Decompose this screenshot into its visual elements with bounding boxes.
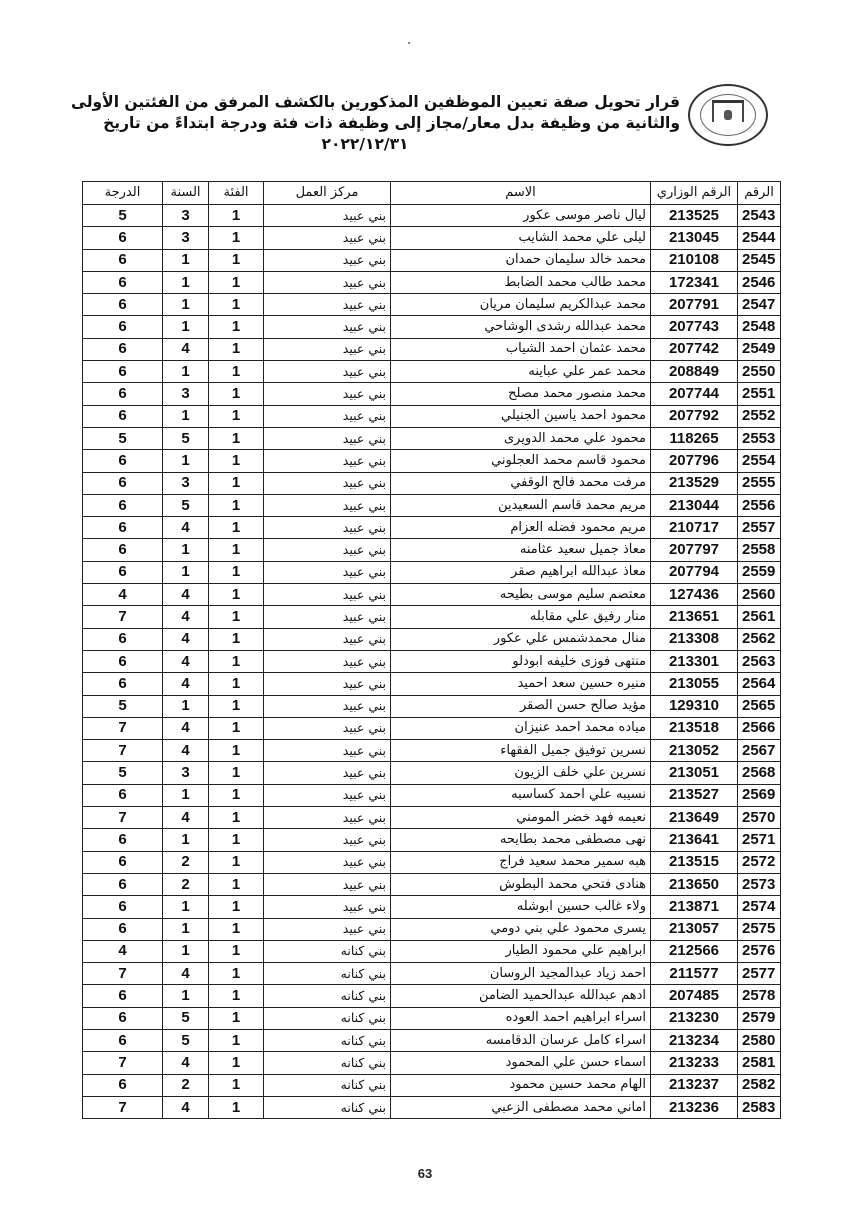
cell-seq: 2572 <box>738 851 781 873</box>
cell-year: 1 <box>163 539 209 561</box>
cell-grade: 5 <box>83 205 163 227</box>
table-row: 741بني عبيدمياده محمد احمد عنيزان2135182… <box>83 717 781 739</box>
cell-name: منتهى فوزى خليفه ابودلو <box>391 650 651 672</box>
cell-seq: 2570 <box>738 807 781 829</box>
cell-category: 1 <box>209 450 264 472</box>
cell-seq: 2564 <box>738 673 781 695</box>
seal-emblem-icon <box>724 110 732 120</box>
cell-category: 1 <box>209 517 264 539</box>
table-row: 511بني عبيدمؤيد صالح حسن الصقر1293102565 <box>83 695 781 717</box>
cell-ministry-id: 213057 <box>651 918 738 940</box>
table-row: 551بني عبيدمحمود علي محمد الدويرى1182652… <box>83 427 781 449</box>
table-row: 611بني عبيدمحمود احمد ياسين الجنيلي20779… <box>83 405 781 427</box>
cell-name: ادهم عبدالله عبدالحميد الضامن <box>391 985 651 1007</box>
table-row: 411بني كنانهابراهيم علي محمود الطيار2125… <box>83 940 781 962</box>
cell-year: 4 <box>163 517 209 539</box>
cell-work-center: بني كنانه <box>264 1052 391 1074</box>
cell-seq: 2571 <box>738 829 781 851</box>
cell-grade: 7 <box>83 963 163 985</box>
table-row: 641بني عبيدمنتهى فوزى خليفه ابودلو213301… <box>83 650 781 672</box>
cell-grade: 6 <box>83 561 163 583</box>
cell-ministry-id: 118265 <box>651 427 738 449</box>
cell-name: محمد عبدالله رشدى الوشاحي <box>391 316 651 338</box>
cell-work-center: بني عبيد <box>264 873 391 895</box>
cell-name: مياده محمد احمد عنيزان <box>391 717 651 739</box>
cell-category: 1 <box>209 940 264 962</box>
cell-year: 1 <box>163 896 209 918</box>
title-line-2: والثانية من وظيفة بدل معار/مجاز إلى وظيف… <box>90 113 680 134</box>
cell-category: 1 <box>209 472 264 494</box>
ministry-seal-icon <box>688 84 768 146</box>
cell-name: هنادى فتحي محمد البطوش <box>391 873 651 895</box>
cell-category: 1 <box>209 784 264 806</box>
cell-grade: 4 <box>83 940 163 962</box>
cell-seq: 2578 <box>738 985 781 1007</box>
cell-seq: 2543 <box>738 205 781 227</box>
cell-ministry-id: 213651 <box>651 606 738 628</box>
table-row: 611بني عبيدمحمد عمر علي عباينه2088492550 <box>83 361 781 383</box>
cell-category: 1 <box>209 271 264 293</box>
cell-category: 1 <box>209 249 264 271</box>
cell-ministry-id: 213301 <box>651 650 738 672</box>
cell-year: 3 <box>163 383 209 405</box>
cell-year: 1 <box>163 918 209 940</box>
table-row: 631بني عبيدمرفت محمد فالح الوقفي21352925… <box>83 472 781 494</box>
table-row: 611بني عبيدمعاذ عبدالله ابراهيم صقر20779… <box>83 561 781 583</box>
cell-name: ابراهيم علي محمود الطيار <box>391 940 651 962</box>
table-row: 611بني كنانهادهم عبدالله عبدالحميد الضام… <box>83 985 781 1007</box>
cell-year: 4 <box>163 584 209 606</box>
cell-category: 1 <box>209 873 264 895</box>
cell-work-center: بني عبيد <box>264 762 391 784</box>
cell-ministry-id: 213233 <box>651 1052 738 1074</box>
cell-seq: 2567 <box>738 740 781 762</box>
cell-work-center: بني كنانه <box>264 1007 391 1029</box>
cell-seq: 2562 <box>738 628 781 650</box>
cell-category: 1 <box>209 695 264 717</box>
cell-seq: 2553 <box>738 427 781 449</box>
cell-work-center: بني عبيد <box>264 205 391 227</box>
cell-seq: 2560 <box>738 584 781 606</box>
cell-name: محمود قاسم محمد العجلوني <box>391 450 651 472</box>
header-seq: الرقم <box>738 182 781 205</box>
cell-ministry-id: 211577 <box>651 963 738 985</box>
cell-name: نسيبه علي احمد كساسبه <box>391 784 651 806</box>
title-date: ٢٠٢٢/١٢/٣١ <box>90 134 680 155</box>
cell-seq: 2550 <box>738 361 781 383</box>
cell-name: ليال ناصر موسى عكور <box>391 205 651 227</box>
cell-grade: 6 <box>83 249 163 271</box>
cell-name: معاذ جميل سعيد عثامنه <box>391 539 651 561</box>
title-line-1: قرار تحويل صفة تعيين الموظفين المذكورين … <box>90 92 680 113</box>
table-row: 611بني عبيدمحمد خالد سليمان حمدان2101082… <box>83 249 781 271</box>
cell-name: محمود علي محمد الدويرى <box>391 427 651 449</box>
cell-work-center: بني عبيد <box>264 494 391 516</box>
table-row: 631بني عبيدمحمد منصور محمد مصلح207744255… <box>83 383 781 405</box>
cell-grade: 4 <box>83 584 163 606</box>
cell-work-center: بني عبيد <box>264 740 391 762</box>
cell-work-center: بني عبيد <box>264 472 391 494</box>
cell-ministry-id: 213308 <box>651 628 738 650</box>
table-row: 611بني عبيدنهى مصطفى محمد بطايحه21364125… <box>83 829 781 851</box>
cell-seq: 2549 <box>738 338 781 360</box>
cell-ministry-id: 213518 <box>651 717 738 739</box>
cell-work-center: بني كنانه <box>264 940 391 962</box>
cell-grade: 7 <box>83 740 163 762</box>
cell-year: 2 <box>163 851 209 873</box>
document-title: قرار تحويل صفة تعيين الموظفين المذكورين … <box>90 92 680 172</box>
cell-name: محمد عبدالكريم سليمان مريان <box>391 294 651 316</box>
cell-grade: 6 <box>83 539 163 561</box>
cell-grade: 7 <box>83 1096 163 1118</box>
table-row: 641بني عبيدمنال محمدشمس علي عكور21330825… <box>83 628 781 650</box>
cell-grade: 6 <box>83 673 163 695</box>
cell-work-center: بني عبيد <box>264 249 391 271</box>
cell-seq: 2554 <box>738 450 781 472</box>
cell-name: نسرين علي خلف الزيون <box>391 762 651 784</box>
cell-name: مريم محمد قاسم السعيدين <box>391 494 651 516</box>
cell-category: 1 <box>209 494 264 516</box>
cell-year: 4 <box>163 717 209 739</box>
cell-work-center: بني عبيد <box>264 851 391 873</box>
cell-work-center: بني كنانه <box>264 1096 391 1118</box>
cell-category: 1 <box>209 673 264 695</box>
cell-name: محمد طالب محمد الضابط <box>391 271 651 293</box>
cell-category: 1 <box>209 829 264 851</box>
cell-category: 1 <box>209 963 264 985</box>
cell-year: 1 <box>163 561 209 583</box>
cell-seq: 2581 <box>738 1052 781 1074</box>
cell-category: 1 <box>209 316 264 338</box>
table-row: 531بني عبيدليال ناصر موسى عكور2135252543 <box>83 205 781 227</box>
table-row: 741بني عبيدمنار رفيق علي مقابله213651256… <box>83 606 781 628</box>
cell-work-center: بني عبيد <box>264 896 391 918</box>
cell-name: مريم محمود فضله العزام <box>391 517 651 539</box>
cell-grade: 6 <box>83 405 163 427</box>
cell-year: 3 <box>163 227 209 249</box>
cell-seq: 2557 <box>738 517 781 539</box>
cell-work-center: بني عبيد <box>264 427 391 449</box>
cell-year: 3 <box>163 762 209 784</box>
cell-work-center: بني عبيد <box>264 517 391 539</box>
cell-name: يسرى محمود علي بني دومي <box>391 918 651 940</box>
cell-seq: 2577 <box>738 963 781 985</box>
cell-name: مرفت محمد فالح الوقفي <box>391 472 651 494</box>
table-row: 641بني عبيدمريم محمود فضله العزام2107172… <box>83 517 781 539</box>
cell-work-center: بني عبيد <box>264 294 391 316</box>
cell-ministry-id: 212566 <box>651 940 738 962</box>
cell-grade: 6 <box>83 918 163 940</box>
cell-name: ولاء غالب حسين ابوشله <box>391 896 651 918</box>
cell-name: محمود احمد ياسين الجنيلي <box>391 405 651 427</box>
cell-seq: 2552 <box>738 405 781 427</box>
cell-grade: 6 <box>83 271 163 293</box>
cell-name: محمد منصور محمد مصلح <box>391 383 651 405</box>
cell-seq: 2559 <box>738 561 781 583</box>
page-number: 63 <box>0 1166 850 1181</box>
cell-grade: 6 <box>83 1007 163 1029</box>
table-body: 531بني عبيدليال ناصر موسى عكور2135252543… <box>83 205 781 1119</box>
cell-grade: 6 <box>83 517 163 539</box>
cell-year: 3 <box>163 472 209 494</box>
cell-grade: 6 <box>83 338 163 360</box>
cell-seq: 2579 <box>738 1007 781 1029</box>
cell-seq: 2563 <box>738 650 781 672</box>
cell-grade: 6 <box>83 1074 163 1096</box>
cell-work-center: بني عبيد <box>264 405 391 427</box>
cell-name: مؤيد صالح حسن الصقر <box>391 695 651 717</box>
cell-grade: 7 <box>83 717 163 739</box>
cell-grade: 6 <box>83 450 163 472</box>
cell-grade: 5 <box>83 695 163 717</box>
cell-grade: 6 <box>83 316 163 338</box>
cell-ministry-id: 213871 <box>651 896 738 918</box>
cell-year: 4 <box>163 740 209 762</box>
cell-category: 1 <box>209 1029 264 1051</box>
cell-seq: 2548 <box>738 316 781 338</box>
cell-ministry-id: 207742 <box>651 338 738 360</box>
cell-grade: 6 <box>83 294 163 316</box>
cell-year: 5 <box>163 427 209 449</box>
cell-ministry-id: 213237 <box>651 1074 738 1096</box>
cell-seq: 2546 <box>738 271 781 293</box>
cell-year: 4 <box>163 338 209 360</box>
cell-seq: 2568 <box>738 762 781 784</box>
cell-name: اسماء حسن علي المحمود <box>391 1052 651 1074</box>
cell-category: 1 <box>209 205 264 227</box>
cell-year: 4 <box>163 673 209 695</box>
cell-grade: 6 <box>83 494 163 516</box>
cell-name: اسراء ابراهيم احمد العوده <box>391 1007 651 1029</box>
cell-category: 1 <box>209 338 264 360</box>
cell-category: 1 <box>209 383 264 405</box>
cell-category: 1 <box>209 762 264 784</box>
cell-work-center: بني عبيد <box>264 338 391 360</box>
cell-ministry-id: 213234 <box>651 1029 738 1051</box>
cell-year: 1 <box>163 784 209 806</box>
cell-name: نهى مصطفى محمد بطايحه <box>391 829 651 851</box>
cell-work-center: بني كنانه <box>264 985 391 1007</box>
table-row: 611بني عبيديسرى محمود علي بني دومي213057… <box>83 918 781 940</box>
cell-seq: 2565 <box>738 695 781 717</box>
cell-year: 2 <box>163 873 209 895</box>
cell-grade: 6 <box>83 784 163 806</box>
cell-ministry-id: 213236 <box>651 1096 738 1118</box>
cell-work-center: بني عبيد <box>264 584 391 606</box>
cell-name: منار رفيق علي مقابله <box>391 606 651 628</box>
cell-year: 1 <box>163 316 209 338</box>
document-page: قرار تحويل صفة تعيين الموظفين المذكورين … <box>0 0 850 1222</box>
cell-name: نعيمه فهد خضر المومني <box>391 807 651 829</box>
cell-grade: 6 <box>83 873 163 895</box>
table-row: 741بني كنانهاسماء حسن علي المحمود2132332… <box>83 1052 781 1074</box>
header-name: الاسم <box>391 182 651 205</box>
cell-work-center: بني عبيد <box>264 361 391 383</box>
cell-name: اسراء كامل عرسان الدقامسه <box>391 1029 651 1051</box>
header-ministry-id: الرقم الوزاري <box>651 182 738 205</box>
cell-year: 1 <box>163 940 209 962</box>
cell-ministry-id: 129310 <box>651 695 738 717</box>
cell-seq: 2569 <box>738 784 781 806</box>
cell-category: 1 <box>209 918 264 940</box>
cell-work-center: بني عبيد <box>264 918 391 940</box>
header-category: الفئة <box>209 182 264 205</box>
table-header-row: الدرجة السنة الفئة مركز العمل الاسم الرق… <box>83 182 781 205</box>
cell-seq: 2556 <box>738 494 781 516</box>
cell-year: 3 <box>163 205 209 227</box>
cell-work-center: بني عبيد <box>264 227 391 249</box>
cell-category: 1 <box>209 427 264 449</box>
cell-year: 4 <box>163 628 209 650</box>
cell-year: 4 <box>163 650 209 672</box>
cell-work-center: بني عبيد <box>264 628 391 650</box>
table-row: 741بني عبيدنعيمه فهد خضر المومني21364925… <box>83 807 781 829</box>
cell-work-center: بني عبيد <box>264 606 391 628</box>
cell-category: 1 <box>209 1052 264 1074</box>
table-row: 531بني عبيدنسرين علي خلف الزيون213051256… <box>83 762 781 784</box>
table-row: 651بني كنانهاسراء كامل عرسان الدقامسه213… <box>83 1029 781 1051</box>
cell-year: 4 <box>163 606 209 628</box>
cell-grade: 6 <box>83 383 163 405</box>
table-row: 651بني كنانهاسراء ابراهيم احمد العوده213… <box>83 1007 781 1029</box>
cell-name: اماني محمد مصطفى الزعبي <box>391 1096 651 1118</box>
cell-ministry-id: 207797 <box>651 539 738 561</box>
cell-grade: 6 <box>83 896 163 918</box>
cell-category: 1 <box>209 1074 264 1096</box>
cell-grade: 7 <box>83 807 163 829</box>
cell-work-center: بني عبيد <box>264 450 391 472</box>
cell-name: محمد عثمان احمد الشياب <box>391 338 651 360</box>
cell-category: 1 <box>209 985 264 1007</box>
cell-ministry-id: 213052 <box>651 740 738 762</box>
cell-ministry-id: 213641 <box>651 829 738 851</box>
cell-grade: 6 <box>83 650 163 672</box>
cell-seq: 2576 <box>738 940 781 962</box>
cell-name: احمد زياد عبدالمجيد الروسان <box>391 963 651 985</box>
cell-year: 4 <box>163 1052 209 1074</box>
cell-seq: 2573 <box>738 873 781 895</box>
table-row: 621بني عبيدهبه سمير محمد سعيد فراج213515… <box>83 851 781 873</box>
cell-year: 1 <box>163 249 209 271</box>
cell-category: 1 <box>209 740 264 762</box>
table-row: 611بني عبيدمحمد طالب محمد الضابط17234125… <box>83 271 781 293</box>
cell-category: 1 <box>209 561 264 583</box>
table-row: 741بني عبيدنسرين توفيق جميل الفقهاء21305… <box>83 740 781 762</box>
cell-year: 4 <box>163 1096 209 1118</box>
cell-ministry-id: 213044 <box>651 494 738 516</box>
cell-grade: 7 <box>83 1052 163 1074</box>
table-row: 651بني عبيدمريم محمد قاسم السعيدين213044… <box>83 494 781 516</box>
employee-table: الدرجة السنة الفئة مركز العمل الاسم الرق… <box>82 181 781 1119</box>
cell-name: الهام محمد حسين محمود <box>391 1074 651 1096</box>
table-row: 611بني عبيدمحمد عبدالكريم سليمان مريان20… <box>83 294 781 316</box>
cell-category: 1 <box>209 896 264 918</box>
cell-ministry-id: 213525 <box>651 205 738 227</box>
cell-ministry-id: 213515 <box>651 851 738 873</box>
cell-seq: 2583 <box>738 1096 781 1118</box>
cell-work-center: بني عبيد <box>264 829 391 851</box>
cell-category: 1 <box>209 227 264 249</box>
cell-ministry-id: 213230 <box>651 1007 738 1029</box>
table-row: 441بني عبيدمعتصم سليم موسى بطيحه12743625… <box>83 584 781 606</box>
table-row: 631بني عبيدليلى علي محمد الشايب213045254… <box>83 227 781 249</box>
cell-ministry-id: 213527 <box>651 784 738 806</box>
cell-ministry-id: 213529 <box>651 472 738 494</box>
cell-year: 1 <box>163 985 209 1007</box>
cell-work-center: بني عبيد <box>264 807 391 829</box>
cell-seq: 2575 <box>738 918 781 940</box>
cell-ministry-id: 207743 <box>651 316 738 338</box>
cell-work-center: بني عبيد <box>264 673 391 695</box>
cell-category: 1 <box>209 361 264 383</box>
cell-category: 1 <box>209 628 264 650</box>
cell-year: 1 <box>163 405 209 427</box>
cell-work-center: بني عبيد <box>264 383 391 405</box>
cell-year: 1 <box>163 361 209 383</box>
cell-grade: 6 <box>83 361 163 383</box>
cell-category: 1 <box>209 606 264 628</box>
cell-seq: 2574 <box>738 896 781 918</box>
cell-work-center: بني كنانه <box>264 1029 391 1051</box>
cell-seq: 2555 <box>738 472 781 494</box>
header-work-center: مركز العمل <box>264 182 391 205</box>
cell-ministry-id: 213045 <box>651 227 738 249</box>
cell-name: محمد عمر علي عباينه <box>391 361 651 383</box>
cell-grade: 6 <box>83 628 163 650</box>
cell-work-center: بني كنانه <box>264 1074 391 1096</box>
cell-year: 5 <box>163 494 209 516</box>
cell-seq: 2561 <box>738 606 781 628</box>
cell-year: 1 <box>163 294 209 316</box>
cell-seq: 2580 <box>738 1029 781 1051</box>
table-row: 641بني عبيدمحمد عثمان احمد الشياب2077422… <box>83 338 781 360</box>
cell-category: 1 <box>209 851 264 873</box>
table-row: 611بني عبيدمعاذ جميل سعيد عثامنه20779725… <box>83 539 781 561</box>
cell-category: 1 <box>209 650 264 672</box>
cell-seq: 2551 <box>738 383 781 405</box>
cell-year: 4 <box>163 963 209 985</box>
cell-ministry-id: 127436 <box>651 584 738 606</box>
cell-work-center: بني كنانه <box>264 963 391 985</box>
cell-ministry-id: 207792 <box>651 405 738 427</box>
cell-ministry-id: 210108 <box>651 249 738 271</box>
cell-category: 1 <box>209 807 264 829</box>
cell-ministry-id: 207744 <box>651 383 738 405</box>
cell-seq: 2558 <box>738 539 781 561</box>
cell-seq: 2544 <box>738 227 781 249</box>
cell-seq: 2582 <box>738 1074 781 1096</box>
cell-year: 2 <box>163 1074 209 1096</box>
table-row: 611بني عبيدمحمد عبدالله رشدى الوشاحي2077… <box>83 316 781 338</box>
cell-name: محمد خالد سليمان حمدان <box>391 249 651 271</box>
table-row: 641بني عبيدمنيره حسين سعد احميد213055256… <box>83 673 781 695</box>
cell-ministry-id: 207794 <box>651 561 738 583</box>
cell-work-center: بني عبيد <box>264 784 391 806</box>
table-row: 621بني عبيدهنادى فتحي محمد البطوش2136502… <box>83 873 781 895</box>
cell-year: 5 <box>163 1007 209 1029</box>
cell-work-center: بني عبيد <box>264 695 391 717</box>
cell-ministry-id: 208849 <box>651 361 738 383</box>
cell-grade: 5 <box>83 762 163 784</box>
cell-name: منال محمدشمس علي عكور <box>391 628 651 650</box>
cell-work-center: بني عبيد <box>264 539 391 561</box>
cell-grade: 6 <box>83 829 163 851</box>
cell-work-center: بني عبيد <box>264 271 391 293</box>
cell-grade: 6 <box>83 985 163 1007</box>
cell-year: 1 <box>163 695 209 717</box>
table-row: 611بني عبيدنسيبه علي احمد كساسبه21352725… <box>83 784 781 806</box>
scan-speck <box>408 42 410 44</box>
